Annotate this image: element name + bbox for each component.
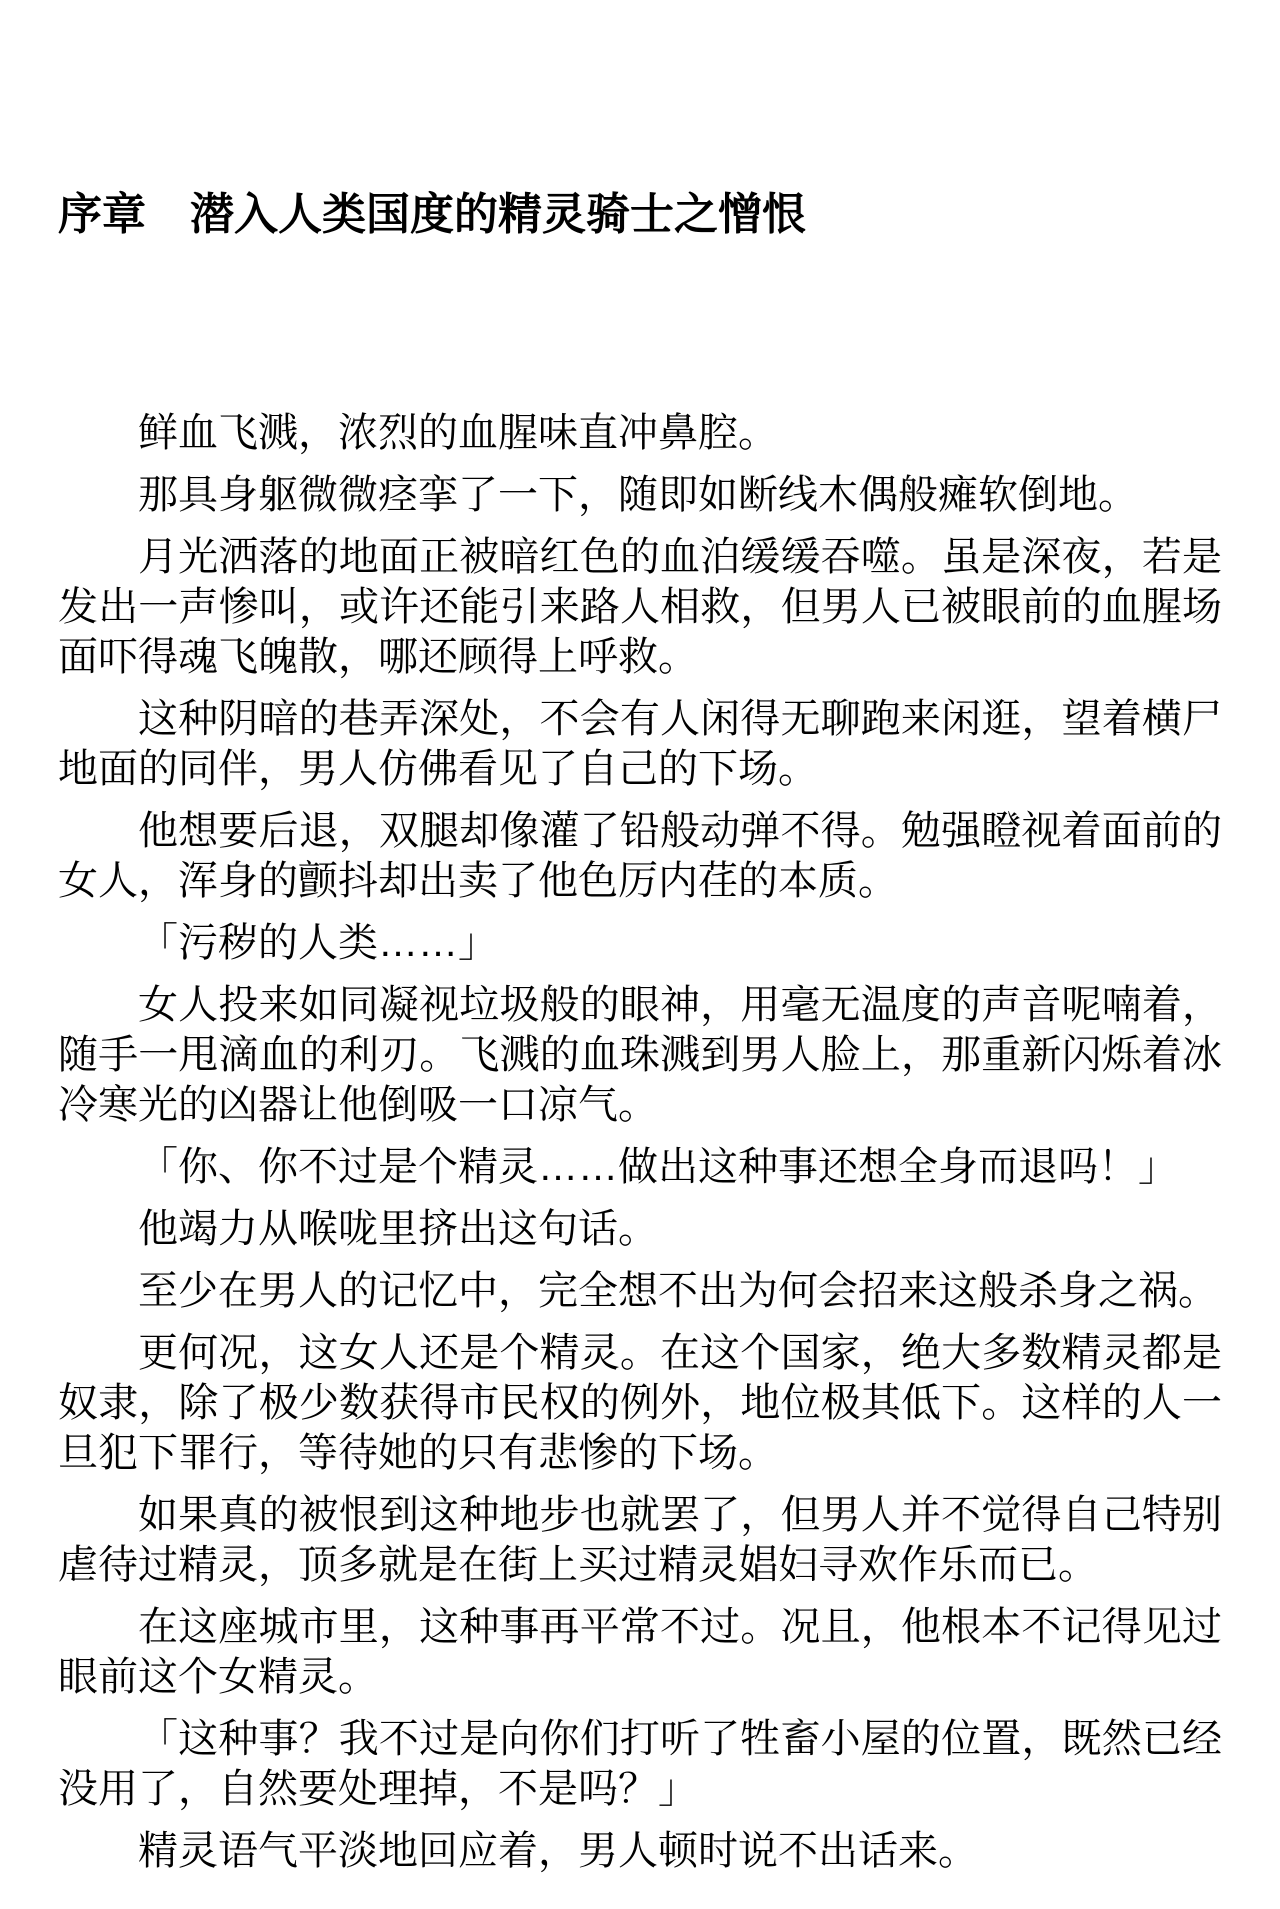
paragraph: 「这种事？我不过是向你们打听了牲畜小屋的位置，既然已经没用了，自然要处理掉，不是… xyxy=(58,1714,1222,1814)
paragraph: 更何况，这女人还是个精灵。在这个国家，绝大多数精灵都是奴隶，除了极少数获得市民权… xyxy=(58,1328,1222,1478)
paragraph: 女人投来如同凝视垃圾般的眼神，用毫无温度的声音呢喃着，随手一甩滴血的利刃。飞溅的… xyxy=(58,980,1222,1130)
paragraph: 「污秽的人类……」 xyxy=(58,918,1222,968)
chapter-body: 鲜血飞溅，浓烈的血腥味直冲鼻腔。那具身躯微微痉挛了一下，随即如断线木偶般瘫软倒地… xyxy=(58,408,1222,1876)
chapter-title: 序章 潜入人类国度的精灵骑士之憎恨 xyxy=(58,188,1222,242)
paragraph: 他想要后退，双腿却像灌了铅般动弹不得。勉强瞪视着面前的女人，浑身的颤抖却出卖了他… xyxy=(58,806,1222,906)
paragraph: 月光洒落的地面正被暗红色的血泊缓缓吞噬。虽是深夜，若是发出一声惨叫，或许还能引来… xyxy=(58,532,1222,682)
paragraph: 鲜血飞溅，浓烈的血腥味直冲鼻腔。 xyxy=(58,408,1222,458)
paragraph: 精灵语气平淡地回应着，男人顿时说不出话来。 xyxy=(58,1826,1222,1876)
paragraph: 至少在男人的记忆中，完全想不出为何会招来这般杀身之祸。 xyxy=(58,1266,1222,1316)
paragraph: 「你、你不过是个精灵……做出这种事还想全身而退吗！」 xyxy=(58,1142,1222,1192)
paragraph: 那具身躯微微痉挛了一下，随即如断线木偶般瘫软倒地。 xyxy=(58,470,1222,520)
paragraph: 在这座城市里，这种事再平常不过。况且，他根本不记得见过眼前这个女精灵。 xyxy=(58,1602,1222,1702)
paragraph: 这种阴暗的巷弄深处，不会有人闲得无聊跑来闲逛，望着横尸地面的同伴，男人仿佛看见了… xyxy=(58,694,1222,794)
document-page: 序章 潜入人类国度的精灵骑士之憎恨 鲜血飞溅，浓烈的血腥味直冲鼻腔。那具身躯微微… xyxy=(0,0,1280,1909)
paragraph: 他竭力从喉咙里挤出这句话。 xyxy=(58,1204,1222,1254)
paragraph: 如果真的被恨到这种地步也就罢了，但男人并不觉得自己特别虐待过精灵，顶多就是在街上… xyxy=(58,1490,1222,1590)
